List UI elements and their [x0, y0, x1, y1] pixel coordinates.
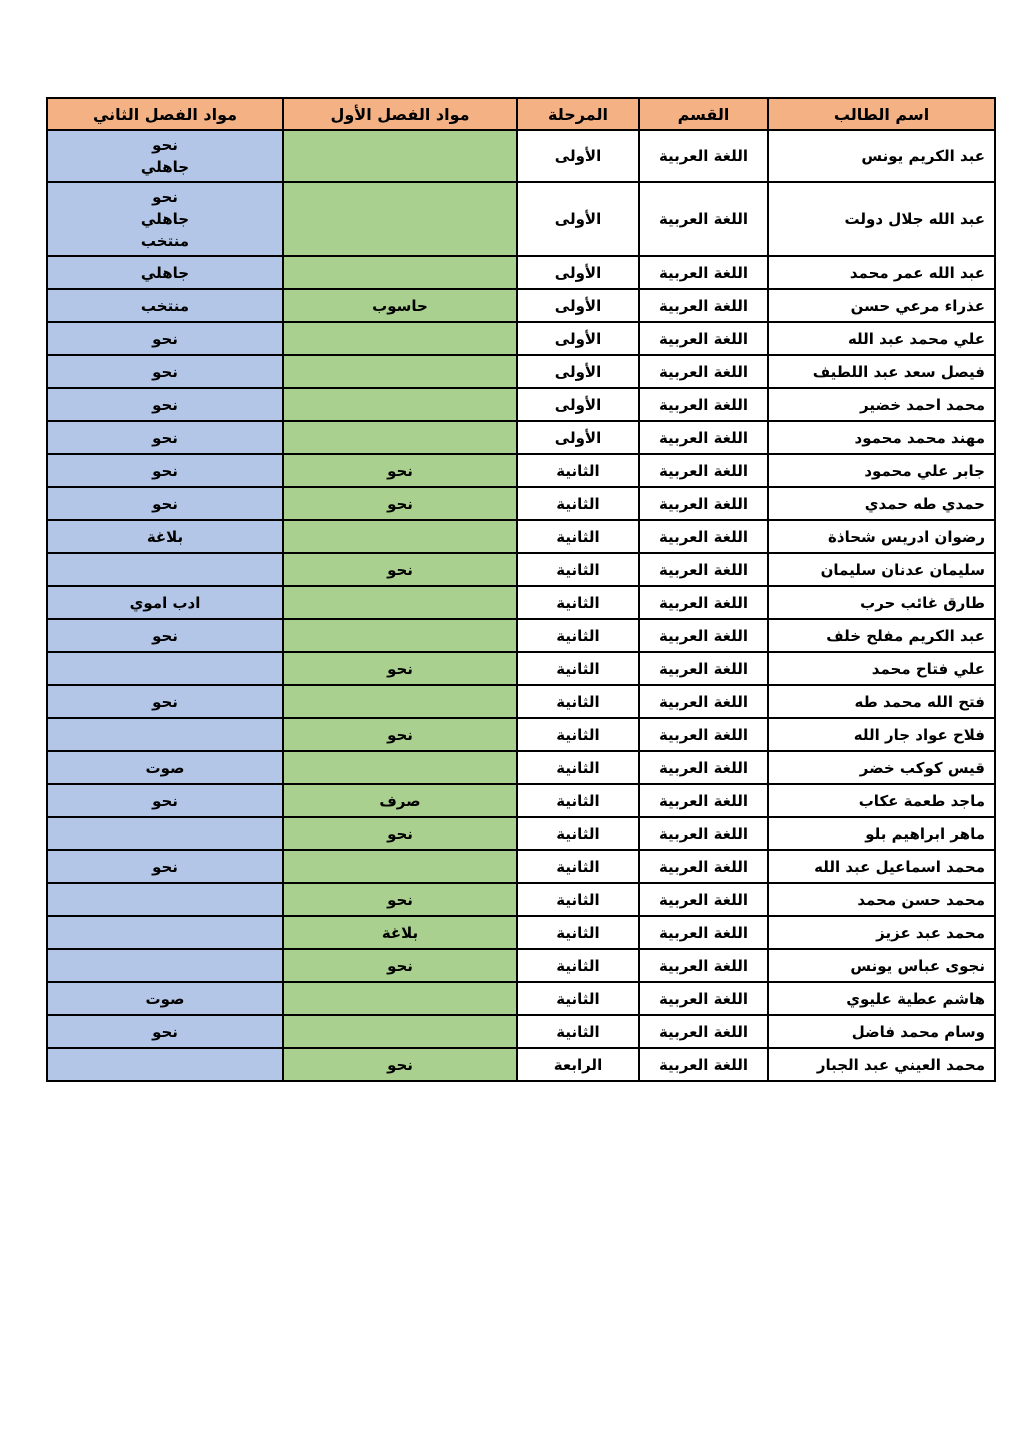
table-row: علي فتاح محمد اللغة العربية الثانية نحو [47, 652, 995, 685]
student-name-cell: هاشم عطية عليوي [768, 982, 995, 1015]
stage-cell: الأولى [517, 182, 639, 256]
department-cell: اللغة العربية [639, 182, 768, 256]
stage-cell: الأولى [517, 289, 639, 322]
table-row: عبد الله عمر محمد اللغة العربية الأولى ج… [47, 256, 995, 289]
student-name-cell: فلاح عواد جار الله [768, 718, 995, 751]
table-row: محمد العيني عبد الجبار اللغة العربية الر… [47, 1048, 995, 1081]
department-cell: اللغة العربية [639, 130, 768, 182]
sem2-subjects-cell: جاهلي [47, 256, 283, 289]
department-cell: اللغة العربية [639, 652, 768, 685]
sem1-subjects-cell [283, 1015, 517, 1048]
sem2-subjects-cell: نحو [47, 619, 283, 652]
table-row: حمدي طه حمدي اللغة العربية الثانية نحو ن… [47, 487, 995, 520]
sem2-subjects-cell [47, 652, 283, 685]
table-row: علي محمد عبد الله اللغة العربية الأولى ن… [47, 322, 995, 355]
stage-cell: الثانية [517, 553, 639, 586]
sem2-subjects-cell: نحو [47, 784, 283, 817]
table-row: طارق غائب حرب اللغة العربية الثانية ادب … [47, 586, 995, 619]
department-cell: اللغة العربية [639, 520, 768, 553]
sem1-subjects-cell [283, 586, 517, 619]
sem1-subjects-cell [283, 982, 517, 1015]
student-name-cell: وسام محمد فاضل [768, 1015, 995, 1048]
col-header-sem1-subjects: مواد الفصل الأول [283, 98, 517, 130]
table-row: رضوان ادريس شحاذة اللغة العربية الثانية … [47, 520, 995, 553]
stage-cell: الثانية [517, 916, 639, 949]
stage-cell: الثانية [517, 454, 639, 487]
department-cell: اللغة العربية [639, 289, 768, 322]
sem1-subjects-cell: بلاغة [283, 916, 517, 949]
sem1-subjects-cell [283, 256, 517, 289]
department-cell: اللغة العربية [639, 949, 768, 982]
department-cell: اللغة العربية [639, 619, 768, 652]
student-name-cell: عبد الله جلال دولت [768, 182, 995, 256]
department-cell: اللغة العربية [639, 388, 768, 421]
sem1-subjects-cell [283, 619, 517, 652]
student-name-cell: علي محمد عبد الله [768, 322, 995, 355]
stage-cell: الثانية [517, 586, 639, 619]
sem1-subjects-cell [283, 182, 517, 256]
department-cell: اللغة العربية [639, 982, 768, 1015]
stage-cell: الثانية [517, 520, 639, 553]
sem1-subjects-cell [283, 388, 517, 421]
stage-cell: الثانية [517, 487, 639, 520]
table-row: سليمان عدنان سليمان اللغة العربية الثاني… [47, 553, 995, 586]
col-header-department: القسم [639, 98, 768, 130]
sem1-subjects-cell [283, 355, 517, 388]
sem1-subjects-cell [283, 685, 517, 718]
department-cell: اللغة العربية [639, 586, 768, 619]
sem2-subjects-cell: منتخب [47, 289, 283, 322]
table-row: نجوى عباس يونس اللغة العربية الثانية نحو [47, 949, 995, 982]
sem2-subjects-cell [47, 916, 283, 949]
sem2-subjects-cell: نحو جاهلي [47, 130, 283, 182]
student-name-cell: محمد العيني عبد الجبار [768, 1048, 995, 1081]
table-row: هاشم عطية عليوي اللغة العربية الثانية صو… [47, 982, 995, 1015]
sem1-subjects-cell: نحو [283, 1048, 517, 1081]
department-cell: اللغة العربية [639, 850, 768, 883]
student-name-cell: محمد حسن محمد [768, 883, 995, 916]
department-cell: اللغة العربية [639, 685, 768, 718]
col-header-stage: المرحلة [517, 98, 639, 130]
student-name-cell: عبد الكريم مفلح خلف [768, 619, 995, 652]
sem1-subjects-cell: نحو [283, 652, 517, 685]
stage-cell: الثانية [517, 784, 639, 817]
student-name-cell: عذراء مرعي حسن [768, 289, 995, 322]
sem1-subjects-cell: نحو [283, 487, 517, 520]
table-row: ماهر ابراهيم بلو اللغة العربية الثانية ن… [47, 817, 995, 850]
department-cell: اللغة العربية [639, 883, 768, 916]
student-name-cell: ماجد طعمة عكاب [768, 784, 995, 817]
table-row: جابر علي محمود اللغة العربية الثانية نحو… [47, 454, 995, 487]
student-name-cell: عبد الكريم يونس [768, 130, 995, 182]
department-cell: اللغة العربية [639, 1015, 768, 1048]
sem2-subjects-cell: بلاغة [47, 520, 283, 553]
sem2-subjects-cell [47, 718, 283, 751]
sem1-subjects-cell [283, 751, 517, 784]
col-header-student-name: اسم الطالب [768, 98, 995, 130]
sem1-subjects-cell [283, 850, 517, 883]
table-row: ماجد طعمة عكاب اللغة العربية الثانية صرف… [47, 784, 995, 817]
sem1-subjects-cell: حاسوب [283, 289, 517, 322]
department-cell: اللغة العربية [639, 355, 768, 388]
table-row: وسام محمد فاضل اللغة العربية الثانية نحو [47, 1015, 995, 1048]
page: { "table": { "headers": { "name": "اسم ا… [0, 0, 1024, 1447]
department-cell: اللغة العربية [639, 421, 768, 454]
sem2-subjects-cell [47, 883, 283, 916]
sem2-subjects-cell: نحو [47, 1015, 283, 1048]
student-roster-container: اسم الطالب القسم المرحلة مواد الفصل الأو… [48, 97, 996, 1082]
department-cell: اللغة العربية [639, 817, 768, 850]
student-name-cell: محمد اسماعيل عبد الله [768, 850, 995, 883]
sem1-subjects-cell: نحو [283, 817, 517, 850]
department-cell: اللغة العربية [639, 553, 768, 586]
header-row: اسم الطالب القسم المرحلة مواد الفصل الأو… [47, 98, 995, 130]
sem1-subjects-cell: صرف [283, 784, 517, 817]
sem2-subjects-cell [47, 817, 283, 850]
student-name-cell: محمد عبد عزيز [768, 916, 995, 949]
sem2-subjects-cell [47, 1048, 283, 1081]
stage-cell: الثانية [517, 619, 639, 652]
department-cell: اللغة العربية [639, 256, 768, 289]
sem2-subjects-cell: نحو [47, 388, 283, 421]
sem2-subjects-cell: نحو [47, 850, 283, 883]
sem1-subjects-cell [283, 421, 517, 454]
stage-cell: الثانية [517, 883, 639, 916]
stage-cell: الثانية [517, 652, 639, 685]
table-row: فتح الله محمد طه اللغة العربية الثانية ن… [47, 685, 995, 718]
sem1-subjects-cell [283, 322, 517, 355]
student-name-cell: محمد احمد خضير [768, 388, 995, 421]
roster-header: اسم الطالب القسم المرحلة مواد الفصل الأو… [47, 98, 995, 130]
sem2-subjects-cell: صوت [47, 982, 283, 1015]
stage-cell: الأولى [517, 256, 639, 289]
stage-cell: الثانية [517, 685, 639, 718]
department-cell: اللغة العربية [639, 322, 768, 355]
sem2-subjects-cell [47, 949, 283, 982]
student-name-cell: حمدي طه حمدي [768, 487, 995, 520]
department-cell: اللغة العربية [639, 916, 768, 949]
student-name-cell: عبد الله عمر محمد [768, 256, 995, 289]
department-cell: اللغة العربية [639, 487, 768, 520]
sem2-subjects-cell: نحو [47, 355, 283, 388]
table-row: محمد عبد عزيز اللغة العربية الثانية بلاغ… [47, 916, 995, 949]
table-row: عذراء مرعي حسن اللغة العربية الأولى حاسو… [47, 289, 995, 322]
sem1-subjects-cell: نحو [283, 553, 517, 586]
sem2-subjects-cell: صوت [47, 751, 283, 784]
stage-cell: الثانية [517, 751, 639, 784]
department-cell: اللغة العربية [639, 454, 768, 487]
student-name-cell: فيصل سعد عبد اللطيف [768, 355, 995, 388]
student-name-cell: جابر علي محمود [768, 454, 995, 487]
table-row: عبد الكريم مفلح خلف اللغة العربية الثاني… [47, 619, 995, 652]
sem2-subjects-cell: نحو جاهلي منتخب [47, 182, 283, 256]
department-cell: اللغة العربية [639, 718, 768, 751]
student-name-cell: نجوى عباس يونس [768, 949, 995, 982]
stage-cell: الأولى [517, 130, 639, 182]
table-row: عبد الله جلال دولت اللغة العربية الأولى … [47, 182, 995, 256]
sem2-subjects-cell: نحو [47, 421, 283, 454]
stage-cell: الثانية [517, 718, 639, 751]
sem1-subjects-cell [283, 520, 517, 553]
table-row: محمد اسماعيل عبد الله اللغة العربية الثا… [47, 850, 995, 883]
roster-body: عبد الكريم يونس اللغة العربية الأولى نحو… [47, 130, 995, 1081]
sem2-subjects-cell: ادب اموي [47, 586, 283, 619]
student-name-cell: علي فتاح محمد [768, 652, 995, 685]
table-row: قيس كوكب خضر اللغة العربية الثانية صوت [47, 751, 995, 784]
sem2-subjects-cell: نحو [47, 685, 283, 718]
table-row: محمد احمد خضير اللغة العربية الأولى نحو [47, 388, 995, 421]
sem2-subjects-cell: نحو [47, 322, 283, 355]
table-row: مهند محمد محمود اللغة العربية الأولى نحو [47, 421, 995, 454]
department-cell: اللغة العربية [639, 784, 768, 817]
table-row: عبد الكريم يونس اللغة العربية الأولى نحو… [47, 130, 995, 182]
sem1-subjects-cell: نحو [283, 718, 517, 751]
stage-cell: الرابعة [517, 1048, 639, 1081]
stage-cell: الثانية [517, 949, 639, 982]
sem1-subjects-cell: نحو [283, 883, 517, 916]
stage-cell: الأولى [517, 421, 639, 454]
table-row: محمد حسن محمد اللغة العربية الثانية نحو [47, 883, 995, 916]
student-name-cell: ماهر ابراهيم بلو [768, 817, 995, 850]
stage-cell: الأولى [517, 388, 639, 421]
stage-cell: الثانية [517, 982, 639, 1015]
sem2-subjects-cell [47, 553, 283, 586]
student-name-cell: مهند محمد محمود [768, 421, 995, 454]
stage-cell: الثانية [517, 817, 639, 850]
student-name-cell: قيس كوكب خضر [768, 751, 995, 784]
department-cell: اللغة العربية [639, 751, 768, 784]
student-name-cell: سليمان عدنان سليمان [768, 553, 995, 586]
stage-cell: الثانية [517, 1015, 639, 1048]
table-row: فيصل سعد عبد اللطيف اللغة العربية الأولى… [47, 355, 995, 388]
student-name-cell: رضوان ادريس شحاذة [768, 520, 995, 553]
stage-cell: الأولى [517, 322, 639, 355]
col-header-sem2-subjects: مواد الفصل الثاني [47, 98, 283, 130]
department-cell: اللغة العربية [639, 1048, 768, 1081]
stage-cell: الأولى [517, 355, 639, 388]
student-name-cell: فتح الله محمد طه [768, 685, 995, 718]
sem2-subjects-cell: نحو [47, 454, 283, 487]
sem1-subjects-cell [283, 130, 517, 182]
sem1-subjects-cell: نحو [283, 454, 517, 487]
sem1-subjects-cell: نحو [283, 949, 517, 982]
table-row: فلاح عواد جار الله اللغة العربية الثانية… [47, 718, 995, 751]
student-roster-table: اسم الطالب القسم المرحلة مواد الفصل الأو… [46, 97, 996, 1082]
student-name-cell: طارق غائب حرب [768, 586, 995, 619]
sem2-subjects-cell: نحو [47, 487, 283, 520]
stage-cell: الثانية [517, 850, 639, 883]
